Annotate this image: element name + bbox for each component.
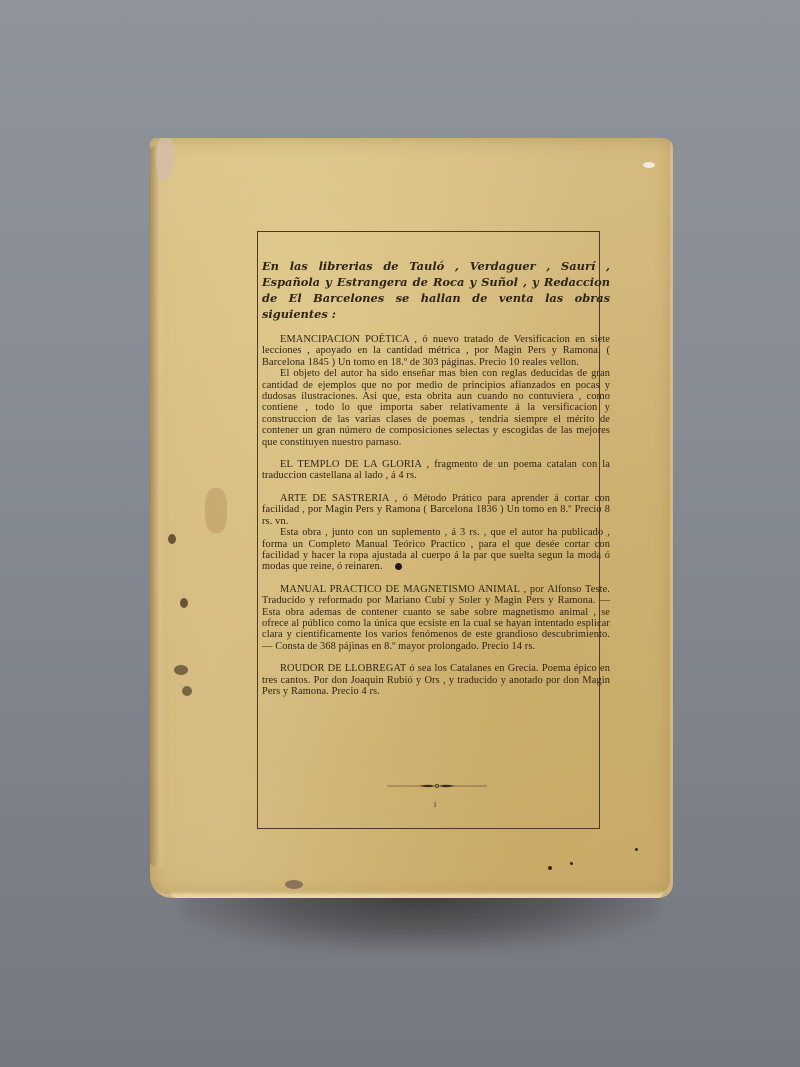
- entry-paragraph: Esta obra , junto con un suplemento , á …: [262, 527, 610, 573]
- book-entry-templo: EL TEMPLO DE LA GLORIA , fragmento de un…: [262, 459, 610, 482]
- page-mark: i: [434, 800, 436, 809]
- worm-hole: [182, 686, 192, 696]
- book-entry-sastreria: ARTE DE SASTRERIA , ó Método Prático par…: [262, 493, 610, 573]
- stain: [285, 880, 303, 889]
- entry-paragraph: MANUAL PRACTICO DE MAGNETISMO ANIMAL , p…: [262, 584, 610, 652]
- book-entry-emancipacion: EMANCIPACION POÉTICA , ó nuevo tratado d…: [262, 334, 610, 448]
- torn-corner: [156, 138, 174, 180]
- entry-paragraph: EMANCIPACION POÉTICA , ó nuevo tratado d…: [262, 334, 610, 368]
- entry-paragraph: ROUDOR DE LLOBREGAT ó sea los Catalanes …: [262, 663, 610, 697]
- entry-paragraph: ARTE DE SASTRERIA , ó Método Prático par…: [262, 493, 610, 527]
- worm-hole: [180, 598, 188, 608]
- stain: [205, 488, 227, 533]
- worm-hole: [548, 866, 552, 870]
- worm-hole: [635, 848, 638, 851]
- ornament-divider-icon: [387, 783, 487, 789]
- intro-paragraph: En las librerias de Tauló , Verdaguer , …: [262, 258, 610, 322]
- worm-hole: [570, 862, 573, 865]
- book-entry-roudor: ROUDOR DE LLOBREGAT ó sea los Catalanes …: [262, 663, 610, 697]
- paper-tear: [643, 162, 655, 168]
- entry-paragraph: EL TEMPLO DE LA GLORIA , fragmento de un…: [262, 459, 610, 482]
- worm-hole: [168, 534, 176, 544]
- worm-hole: [174, 665, 188, 675]
- advertisement-text: En las librerias de Tauló , Verdaguer , …: [262, 258, 610, 708]
- book-entry-magnetismo: MANUAL PRACTICO DE MAGNETISMO ANIMAL , p…: [262, 584, 610, 652]
- entry-paragraph: El objeto del autor ha sido enseñar mas …: [262, 368, 610, 448]
